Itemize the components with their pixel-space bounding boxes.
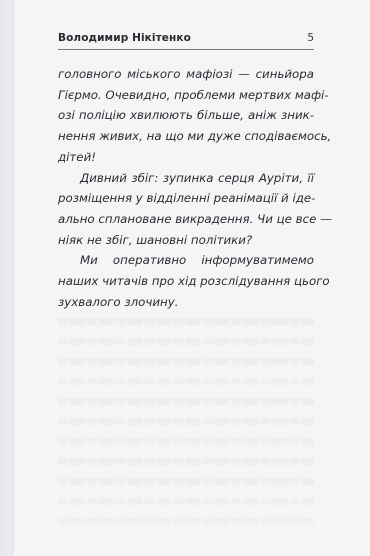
text-line: зухвалого злочину. <box>58 292 314 313</box>
bleed-through-line <box>58 438 314 445</box>
bleed-through-line <box>58 458 314 465</box>
running-header: Володимир Нікітенко 5 <box>58 30 314 46</box>
bleed-through-line <box>58 338 314 345</box>
bleed-through-line <box>58 378 314 385</box>
text-line: озі поліцію хвилюють більше, аніж зник- <box>58 105 314 126</box>
text-line: нення живих, на що ми дуже сподіваємось, <box>58 126 314 147</box>
text-line: ально сплановане викрадення. Чи це все — <box>58 209 314 230</box>
bleed-through-line <box>58 418 314 425</box>
text-line: головного міського мафіозі — синьйора <box>58 64 314 85</box>
bleed-through-line <box>58 318 314 325</box>
text-line: наших читачів про хід розслідування цьог… <box>58 271 314 292</box>
header-rule <box>58 49 314 50</box>
page-gutter <box>0 0 14 556</box>
header-author: Володимир Нікітенко <box>58 32 191 44</box>
bleed-through-line <box>58 518 314 525</box>
paragraph-2: Дивний збіг: зупинка серця Аурiти, її ро… <box>58 168 314 251</box>
text-line: Гієрмо. Очевидно, проблеми мертвих мафі- <box>58 85 314 106</box>
text-line: Ми оперативно інформуватимемо <box>58 250 314 271</box>
bleed-through-line <box>58 498 314 505</box>
paragraph-3: Ми оперативно інформуватимемо наших чита… <box>58 250 314 312</box>
text-line: ніяк не збіг, шановні політики? <box>58 230 314 251</box>
paragraph-1: головного міського мафіозі — синьйора Гі… <box>58 64 314 168</box>
bleed-through-line <box>58 398 314 405</box>
text-line: розміщення у відділенні реанімації й іде… <box>58 188 314 209</box>
bleed-through-line <box>58 478 314 485</box>
text-line: дітей! <box>58 147 314 168</box>
body-text: головного міського мафіозі — синьйора Гі… <box>58 64 314 312</box>
page-number: 5 <box>307 32 314 44</box>
text-line: Дивний збіг: зупинка серця Аурiти, її <box>58 168 314 189</box>
bleed-through-line <box>58 358 314 365</box>
